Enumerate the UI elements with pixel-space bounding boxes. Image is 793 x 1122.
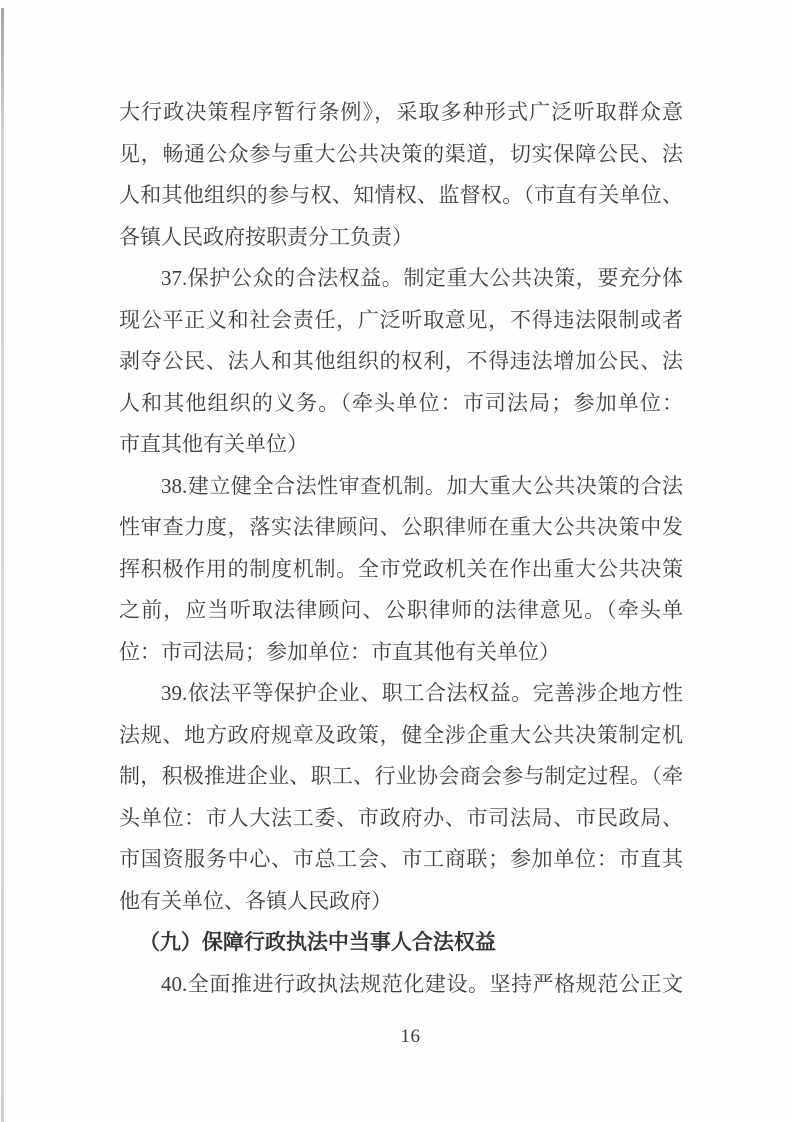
text-line: 头单位：市人大法工委、市政府办、市司法局、市民政局、 — [119, 798, 683, 840]
text-line: 现公平正义和社会责任，广泛听取意见，不得违法限制或者 — [119, 300, 683, 342]
text-line: 各镇人民政府按职责分工负责） — [119, 217, 683, 259]
text-line: 他有关单位、各镇人民政府） — [119, 881, 683, 923]
section-heading: （九）保障行政执法中当事人合法权益 — [119, 922, 683, 964]
text-line: 位：市司法局；参加单位：市直其他有关单位） — [119, 632, 683, 674]
document-page: 大行政决策程序暂行条例》，采取多种形式广泛听取群众意见，畅通公众参与重大公共决策… — [0, 0, 793, 1122]
paragraph: 39.依法平等保护企业、职工合法权益。完善涉企地方性法规、地方政府规章及政策，健… — [119, 673, 683, 922]
text-line: （九）保障行政执法中当事人合法权益 — [119, 922, 683, 964]
text-line: 剥夺公民、法人和其他组织的权利，不得违法增加公民、法 — [119, 341, 683, 383]
page-number: 16 — [14, 1026, 793, 1048]
text-line: 市直其他有关单位） — [119, 424, 683, 466]
text-line: 人和其他组织的义务。（牵头单位：市司法局；参加单位： — [119, 383, 683, 425]
text-line: 大行政决策程序暂行条例》，采取多种形式广泛听取群众意 — [119, 92, 683, 134]
paragraph: 大行政决策程序暂行条例》，采取多种形式广泛听取群众意见，畅通公众参与重大公共决策… — [119, 92, 683, 258]
text-line: 制，积极推进企业、职工、行业协会商会参与制定过程。（牵 — [119, 756, 683, 798]
text-line: 40.全面推进行政执法规范化建设。坚持严格规范公正文 — [119, 964, 683, 1006]
text-line: 法规、地方政府规章及政策，健全涉企重大公共决策制定机 — [119, 715, 683, 757]
text-line: 见，畅通公众参与重大公共决策的渠道，切实保障公民、法 — [119, 134, 683, 176]
paragraph: 37.保护公众的合法权益。制定重大公共决策，要充分体现公平正义和社会责任，广泛听… — [119, 258, 683, 466]
document-body: 大行政决策程序暂行条例》，采取多种形式广泛听取群众意见，畅通公众参与重大公共决策… — [119, 92, 683, 1005]
text-line: 之前，应当听取法律顾问、公职律师的法律意见。（牵头单 — [119, 590, 683, 632]
paragraph: 38.建立健全合法性审查机制。加大重大公共决策的合法性审查力度，落实法律顾问、公… — [119, 466, 683, 674]
text-line: 38.建立健全合法性审查机制。加大重大公共决策的合法 — [119, 466, 683, 508]
text-line: 挥积极作用的制度机制。全市党政机关在作出重大公共决策 — [119, 549, 683, 591]
text-line: 37.保护公众的合法权益。制定重大公共决策，要充分体 — [119, 258, 683, 300]
paragraph: 40.全面推进行政执法规范化建设。坚持严格规范公正文 — [119, 964, 683, 1006]
scan-edge-artifact — [1, 8, 4, 1122]
text-line: 人和其他组织的参与权、知情权、监督权。（市直有关单位、 — [119, 175, 683, 217]
text-line: 性审查力度，落实法律顾问、公职律师在重大公共决策中发 — [119, 507, 683, 549]
text-line: 市国资服务中心、市总工会、市工商联；参加单位：市直其 — [119, 839, 683, 881]
text-line: 39.依法平等保护企业、职工合法权益。完善涉企地方性 — [119, 673, 683, 715]
